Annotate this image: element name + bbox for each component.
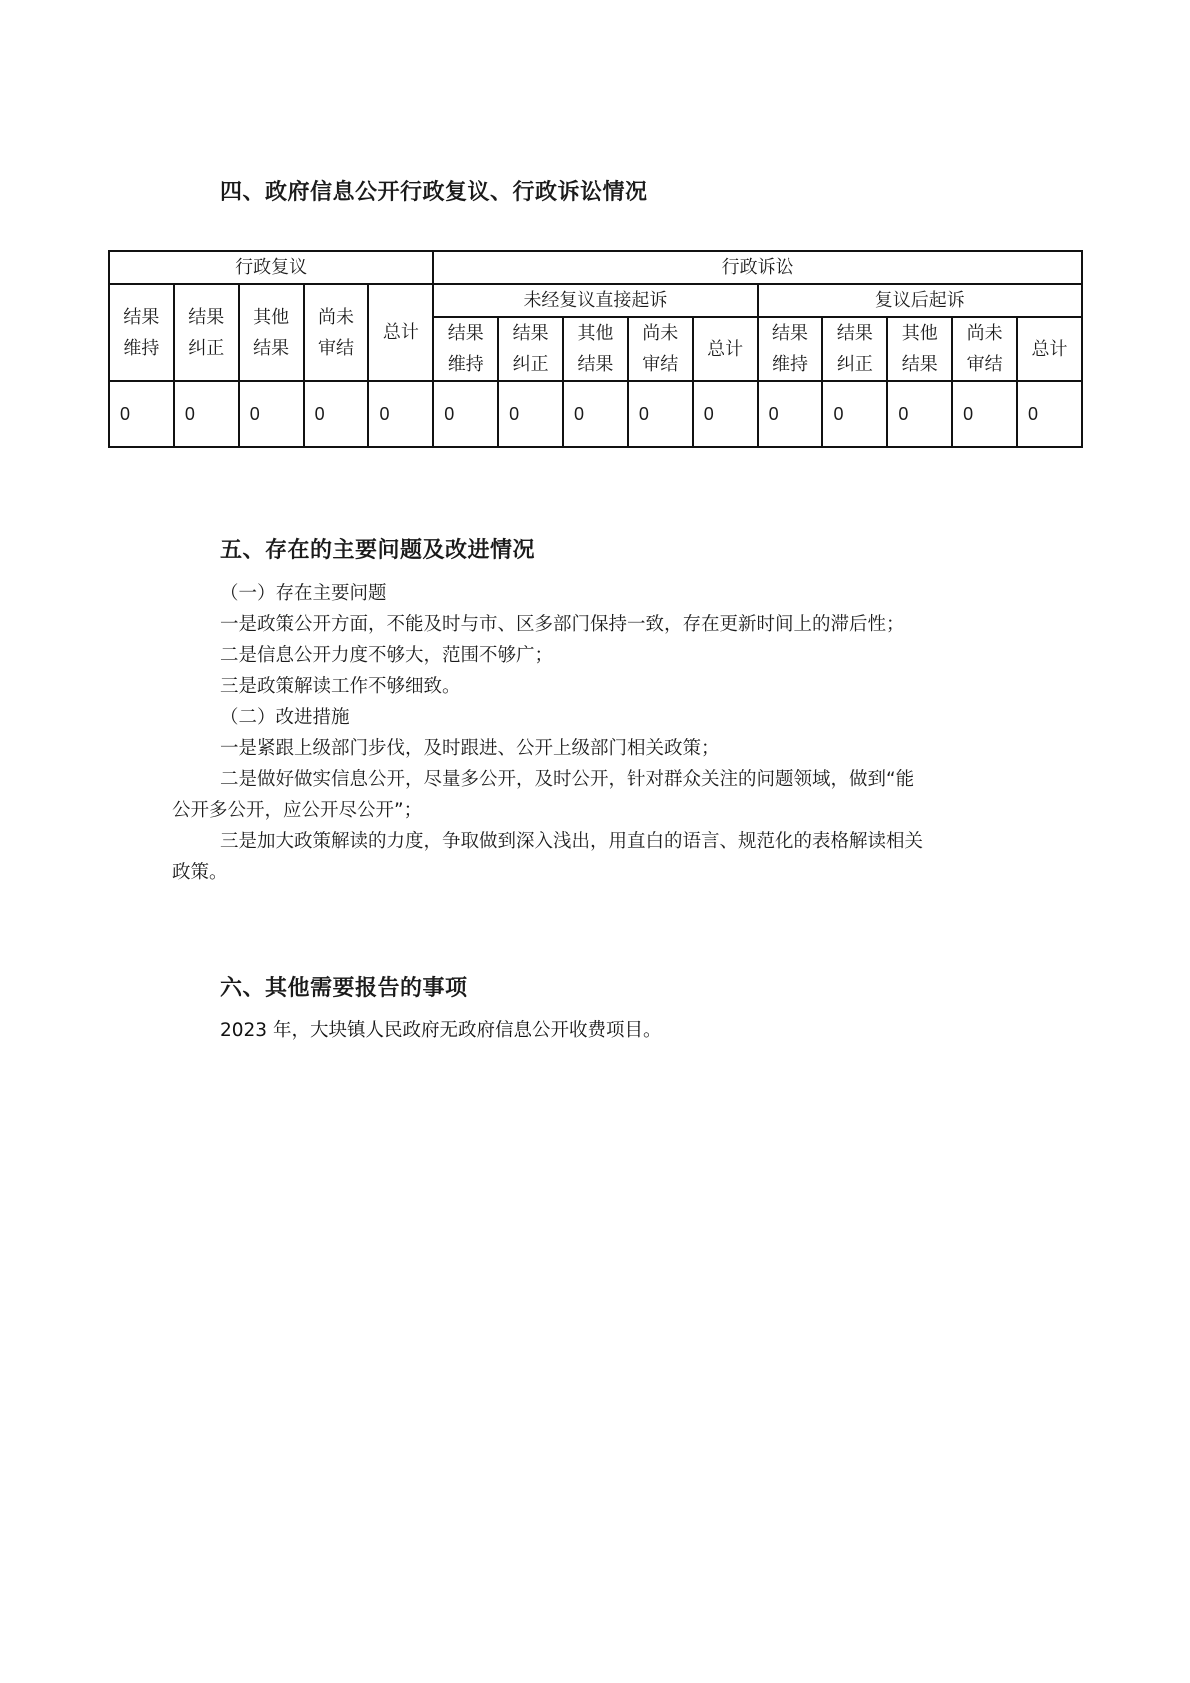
cell-after-upheld: 0 xyxy=(758,381,823,447)
col-direct-upheld: 结果维持 xyxy=(433,317,498,381)
section5-heading: 五、存在的主要问题及改进情况 xyxy=(220,533,535,564)
section4-heading: 四、政府信息公开行政复议、行政诉讼情况 xyxy=(220,175,648,206)
col-after-corrected: 结果纠正 xyxy=(822,317,887,381)
col-after-total: 总计 xyxy=(1017,317,1082,381)
cell-direct-corrected: 0 xyxy=(498,381,563,447)
col-direct-other: 其他结果 xyxy=(563,317,628,381)
paragraph-line: 二是信息公开力度不够大，范围不够广； xyxy=(220,644,553,668)
col-review-other: 其他结果 xyxy=(239,284,304,381)
subheading-improvements: （二）改进措施 xyxy=(220,706,350,730)
cell-direct-total: 0 xyxy=(693,381,758,447)
col-direct-total: 总计 xyxy=(693,317,758,381)
col-review-total: 总计 xyxy=(368,284,433,381)
cell-after-total: 0 xyxy=(1017,381,1082,447)
cell-after-pending: 0 xyxy=(952,381,1017,447)
header-administrative-litigation: 行政诉讼 xyxy=(433,251,1082,284)
col-after-upheld: 结果维持 xyxy=(758,317,823,381)
header-administrative-review: 行政复议 xyxy=(109,251,433,284)
paragraph-line: 二是做好做实信息公开，尽量多公开，及时公开，针对群众关注的问题领域，做到“能 xyxy=(220,768,914,792)
paragraph-line: 三是政策解读工作不够细致。 xyxy=(220,675,461,699)
subheading-problems: （一）存在主要问题 xyxy=(220,582,387,606)
cell-direct-other: 0 xyxy=(563,381,628,447)
paragraph-line: 公开多公开，应公开尽公开”； xyxy=(172,799,422,823)
col-review-pending: 尚未审结 xyxy=(304,284,369,381)
cell-after-corrected: 0 xyxy=(822,381,887,447)
header-litigation-after-review: 复议后起诉 xyxy=(758,284,1082,317)
paragraph-line: 一是政策公开方面，不能及时与市、区多部门保持一致，存在更新时间上的滞后性； xyxy=(220,613,905,637)
section6-heading: 六、其他需要报告的事项 xyxy=(220,971,468,1002)
table-row: 0 0 0 0 0 0 0 0 0 0 0 0 0 0 0 xyxy=(109,381,1082,447)
col-after-other: 其他结果 xyxy=(887,317,952,381)
section6-text: 2023 年，大块镇人民政府无政府信息公开收费项目。 xyxy=(220,1019,661,1043)
cell-direct-upheld: 0 xyxy=(433,381,498,447)
cell-review-total: 0 xyxy=(368,381,433,447)
cell-review-upheld: 0 xyxy=(109,381,174,447)
col-after-pending: 尚未审结 xyxy=(952,317,1017,381)
paragraph-line: 一是紧跟上级部门步伐，及时跟进、公开上级部门相关政策； xyxy=(220,737,720,761)
header-direct-litigation: 未经复议直接起诉 xyxy=(433,284,757,317)
col-direct-corrected: 结果纠正 xyxy=(498,317,563,381)
col-review-corrected: 结果纠正 xyxy=(174,284,239,381)
cell-review-pending: 0 xyxy=(304,381,369,447)
cell-review-other: 0 xyxy=(239,381,304,447)
cell-direct-pending: 0 xyxy=(628,381,693,447)
review-litigation-table: 行政复议 行政诉讼 结果维持 结果纠正 其他结果 尚未审结 总计 未经复议直接起… xyxy=(108,250,1083,448)
col-direct-pending: 尚未审结 xyxy=(628,317,693,381)
cell-review-corrected: 0 xyxy=(174,381,239,447)
cell-after-other: 0 xyxy=(887,381,952,447)
paragraph-line: 三是加大政策解读的力度，争取做到深入浅出，用直白的语言、规范化的表格解读相关 xyxy=(220,830,923,854)
paragraph-line: 政策。 xyxy=(172,861,228,885)
col-review-upheld: 结果维持 xyxy=(109,284,174,381)
